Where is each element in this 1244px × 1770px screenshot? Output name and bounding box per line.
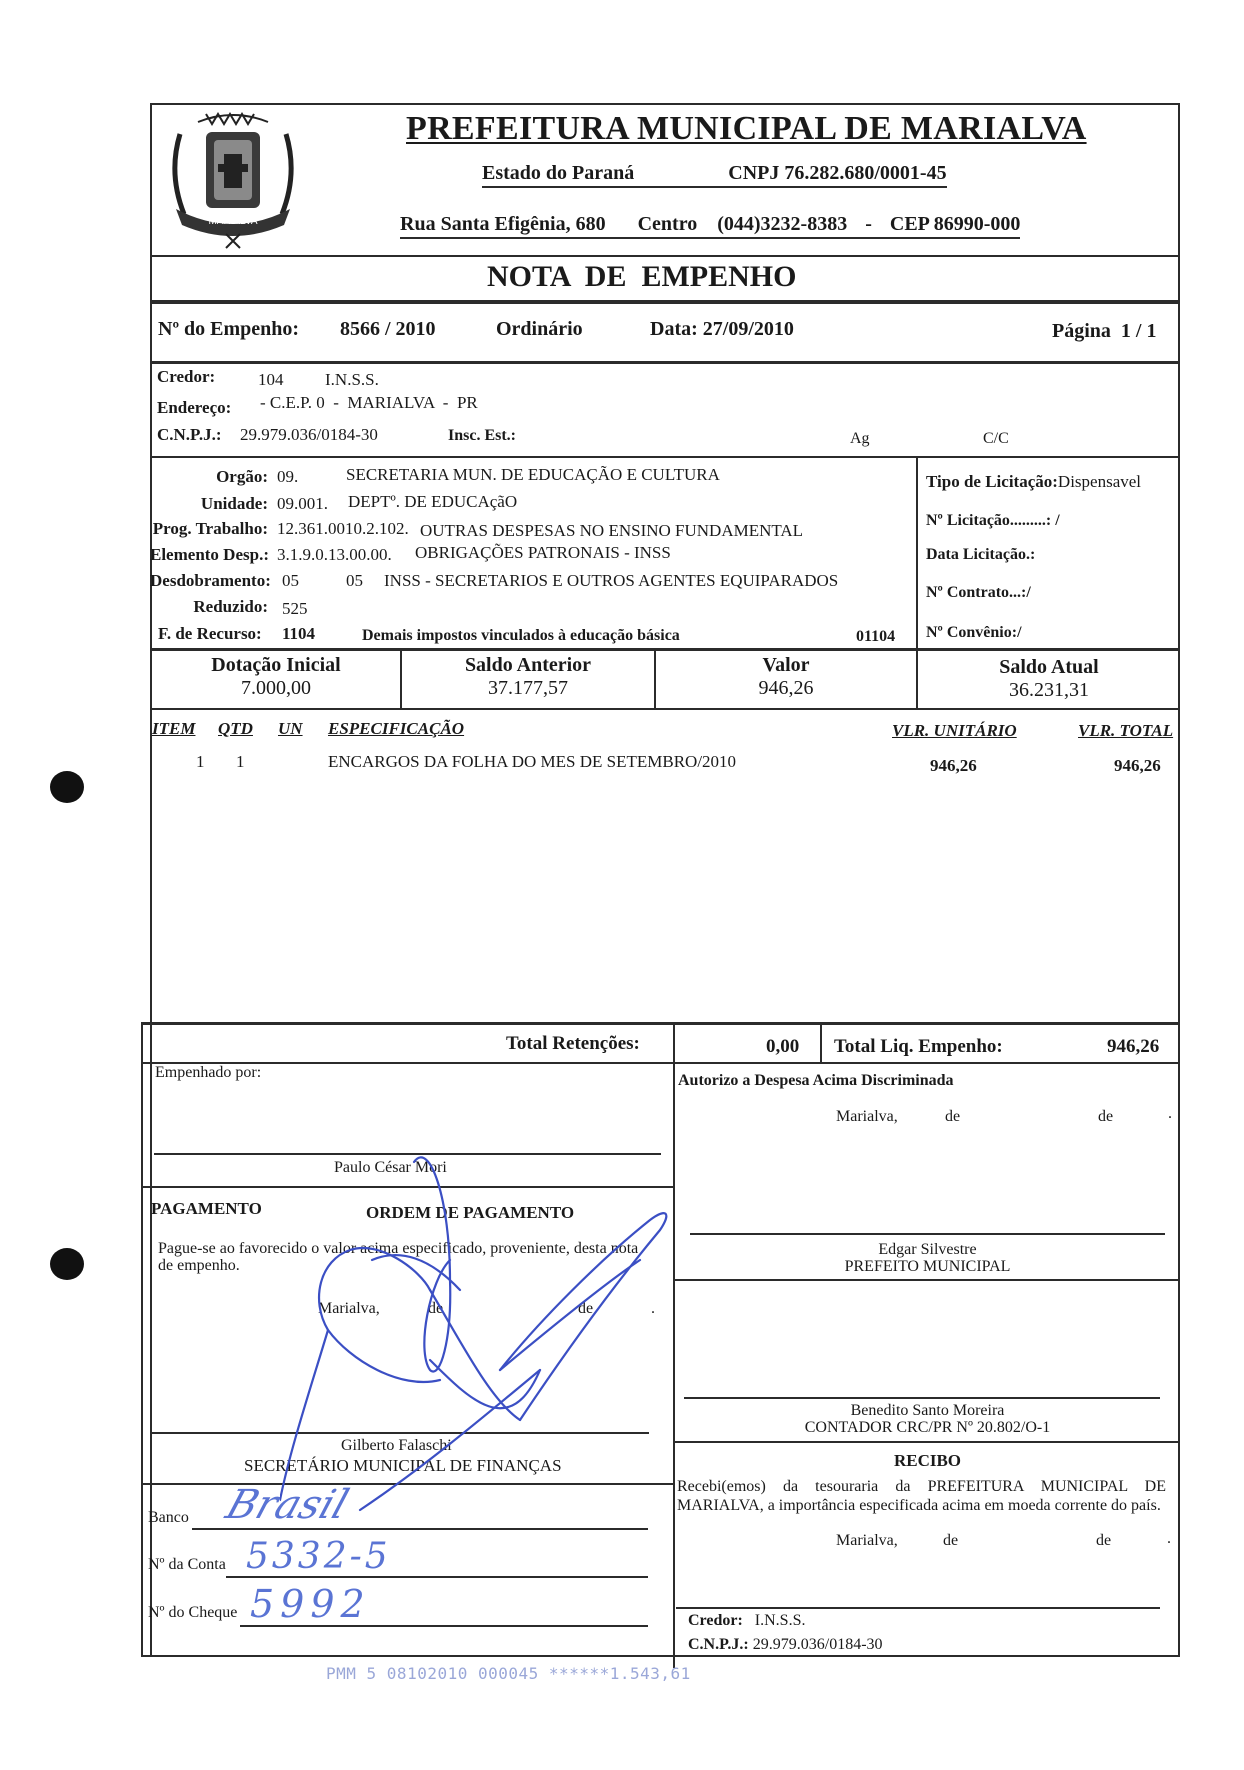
saldo-anterior-label: Saldo Anterior [402, 654, 654, 677]
divider [675, 1655, 1180, 1657]
recibo-de1: de [943, 1532, 958, 1550]
col-header-especificacao: ESPECIFICAÇÃO [328, 719, 464, 739]
conta-label: Nº da Conta [148, 1556, 226, 1574]
punch-hole-top [50, 771, 84, 803]
reduzido-value: 525 [282, 599, 308, 619]
divider [143, 1186, 674, 1188]
prog-trabalho-label: Prog. Trabalho: [150, 519, 268, 539]
autorizacao-de1: de [945, 1108, 960, 1126]
signature-line [684, 1397, 1160, 1399]
divider [150, 648, 1180, 651]
municipality-title: PREFEITURA MUNICIPAL DE MARIALVA [406, 110, 1087, 148]
divider [143, 1022, 1180, 1025]
contrato-number: Nº Contrato...:/ [926, 584, 1031, 602]
saldo-atual-label: Saldo Atual [918, 656, 1180, 679]
elemento-label: Elemento Desp.: [150, 545, 268, 565]
saldo-anterior: Saldo Anterior 37.177,57 [402, 654, 654, 700]
divider [150, 361, 1180, 364]
recibo-credor-label: Credor: [688, 1612, 743, 1629]
cell-qtd: 1 [236, 752, 245, 772]
divider [150, 300, 1180, 304]
cell-especificacao: ENCARGOS DA FOLHA DO MES DE SETEMBRO/201… [328, 752, 736, 772]
autorizacao-period: . [1168, 1105, 1172, 1123]
divider [150, 708, 1180, 710]
orgao-code: 09. [277, 467, 298, 487]
cnpj-value: 29.979.036/0184-30 [240, 425, 378, 445]
empenhado-signer: Paulo César Mori [334, 1159, 447, 1177]
pagamento-label: PAGAMENTO [151, 1199, 262, 1219]
unidade-code: 09.001. [277, 494, 328, 514]
recibo-text: Recebi(emos) da tesouraria da PREFEITURA… [677, 1477, 1166, 1515]
endereco-label: Endereço: [157, 398, 231, 418]
cc-label: C/C [983, 430, 1009, 448]
recibo-credor: Credor: I.N.S.S. [688, 1612, 805, 1630]
pagamento-text: Pague-se ao favorecido o valor acima esp… [158, 1240, 648, 1274]
divider [150, 456, 1180, 458]
divider [673, 1024, 675, 1668]
prog-trabalho-code: 12.361.0010.2.102. [277, 519, 409, 539]
autorizacao-signature: Edgar Silvestre PREFEITO MUNICIPAL [675, 1241, 1180, 1275]
licitacao-numero: Nº Licitação.........: / [926, 512, 1060, 530]
cell-vlr-total: 946,26 [1114, 756, 1161, 776]
divider [141, 1022, 143, 1656]
banco-label: Banco [148, 1509, 189, 1527]
coat-of-arms-logo: MARIALVA [158, 104, 308, 254]
licitacao-tipo: Tipo de Licitação:Dispensavel [926, 472, 1141, 492]
col-header-vlr-unitario: VLR. UNITÁRIO [892, 721, 1017, 741]
recurso-desc: Demais impostos vinculados à educação bá… [362, 627, 680, 645]
elemento-code: 3.1.9.0.13.00.00. [277, 545, 392, 565]
elemento-desc: OBRIGAÇÕES PATRONAIS - INSS [415, 543, 671, 563]
divider [820, 1024, 822, 1064]
punch-hole-bottom [50, 1248, 84, 1280]
unidade-label: Unidade: [150, 494, 268, 514]
autorizacao-city: Marialva, [836, 1108, 898, 1126]
col-header-qtd: QTD [218, 719, 253, 739]
recibo-cnpj-value: 29.979.036/0184-30 [753, 1636, 883, 1653]
dotacao-inicial-value: 7.000,00 [152, 677, 400, 700]
insc-est-label: Insc. Est.: [448, 427, 516, 445]
date-value: 27/09/2010 [703, 318, 794, 340]
cnpj-label: C.N.P.J.: [157, 425, 222, 445]
dotacao-inicial: Dotação Inicial 7.000,00 [152, 654, 400, 700]
empenho-number: 8566 / 2010 [340, 318, 436, 341]
recurso-label: F. de Recurso: [158, 624, 262, 644]
date-label: Data: [650, 318, 698, 340]
document-title: NOTA DE EMPENHO [487, 260, 796, 294]
empenho-number-label: Nº do Empenho: [158, 318, 299, 341]
district: Centro [638, 213, 698, 235]
recibo-de2: de [1096, 1532, 1111, 1550]
contador-role: CONTADOR CRC/PR Nº 20.802/O-1 [675, 1419, 1180, 1436]
divider [675, 1441, 1180, 1443]
ordem-pagamento-title: ORDEM DE PAGAMENTO [366, 1203, 574, 1223]
pagamento-de2: de [578, 1300, 593, 1318]
desdobramento-b: 05 [346, 571, 363, 591]
street-address: Rua Santa Efigênia, 680 [400, 213, 606, 235]
total-liquido-value: 946,26 [1107, 1036, 1159, 1058]
pagamento-city: Marialva, [318, 1300, 380, 1318]
page-label: Página [1052, 320, 1111, 342]
col-header-item: ITEM [152, 719, 195, 739]
recibo-period: . [1167, 1530, 1171, 1548]
valor-label: Valor [656, 654, 916, 677]
empenho-type: Ordinário [496, 318, 583, 341]
total-retencoes-label: Total Retenções: [506, 1033, 640, 1055]
cep: CEP 86990-000 [890, 213, 1021, 235]
desdobramento-label: Desdobramento: [150, 571, 268, 591]
convenio-number: Nº Convênio:/ [926, 624, 1022, 642]
saldo-anterior-value: 37.177,57 [402, 677, 654, 700]
divider [675, 1279, 1180, 1281]
phone: (044)3232-8383 [717, 213, 847, 235]
saldo-atual-value: 36.231,31 [918, 679, 1180, 702]
contador-signer: Benedito Santo Moreira [675, 1402, 1180, 1419]
recibo-title: RECIBO [675, 1451, 1180, 1471]
empenhado-label: Empenhado por: [155, 1064, 261, 1082]
dotacao-inicial-label: Dotação Inicial [152, 654, 400, 677]
signature-line [690, 1233, 1165, 1235]
page-value: 1 / 1 [1121, 320, 1157, 342]
licitacao-tipo-label: Tipo de Licitação: [926, 472, 1058, 491]
licitacao-data: Data Licitação.: [926, 546, 1035, 564]
divider [916, 458, 918, 648]
cell-vlr-unitario: 946,26 [930, 756, 977, 776]
divider [143, 1062, 1180, 1064]
autorizacao-role: PREFEITO MUNICIPAL [675, 1258, 1180, 1275]
credor-label: Credor: [157, 367, 215, 387]
orgao-label: Orgão: [150, 467, 268, 487]
cheque-label: Nº do Cheque [148, 1604, 237, 1622]
conta-handwritten: 5332-5 [246, 1536, 391, 1577]
cell-item: 1 [196, 752, 205, 772]
autorizacao-signer: Edgar Silvestre [675, 1241, 1180, 1258]
svg-text:MARIALVA: MARIALVA [208, 216, 257, 227]
divider [143, 1483, 674, 1485]
divider [1178, 1441, 1180, 1657]
credor-code: 104 [258, 370, 284, 390]
divider [141, 1655, 675, 1657]
cheque-handwritten: 5992 [250, 1582, 371, 1626]
total-liquido-label: Total Liq. Empenho: [834, 1036, 1003, 1058]
recurso-code: 1104 [282, 624, 315, 644]
state-name: Estado do Paraná [482, 162, 634, 184]
endereco-value: - C.E.P. 0 - MARIALVA - PR [260, 393, 478, 413]
cnpj-municipality: CNPJ 76.282.680/0001-45 [728, 162, 946, 184]
separator: - [865, 213, 872, 235]
recurso-code2: 01104 [856, 628, 895, 646]
printed-stamp: PMM 5 08102010 000045 ******1.543,61 [326, 1664, 691, 1683]
recibo-cnpj-label: C.N.P.J.: [688, 1636, 749, 1653]
unidade-desc: DEPTº. DE EDUCAçãO [348, 492, 517, 512]
page-indicator: Página 1 / 1 [1052, 320, 1156, 343]
empenho-date: Data: 27/09/2010 [650, 318, 794, 341]
recibo-credor-value: I.N.S.S. [755, 1612, 806, 1629]
state-cnpj-line: Estado do ParanáCNPJ 76.282.680/0001-45 [482, 162, 947, 188]
desdobramento-desc: INSS - SECRETARIOS E OUTROS AGENTES EQUI… [384, 571, 838, 591]
total-retencoes-value: 0,00 [766, 1036, 799, 1058]
pagamento-signer: Gilberto Falaschi [341, 1437, 452, 1455]
reduzido-label: Reduzido: [150, 597, 268, 617]
signature-line [676, 1607, 1160, 1609]
pagamento-de1: de [428, 1300, 443, 1318]
divider [150, 255, 1180, 257]
col-header-un: UN [278, 719, 303, 739]
autorizacao-title: Autorizo a Despesa Acima Discriminada [678, 1072, 954, 1090]
pagamento-role: SECRETÁRIO MUNICIPAL DE FINANÇAS [244, 1456, 562, 1476]
valor: Valor 946,26 [656, 654, 916, 700]
pagamento-period: . [651, 1300, 655, 1318]
contador-signature: Benedito Santo Moreira CONTADOR CRC/PR N… [675, 1402, 1180, 1436]
prog-trabalho-desc: OUTRAS DESPESAS NO ENSINO FUNDAMENTAL [420, 521, 803, 541]
autorizacao-de2: de [1098, 1108, 1113, 1126]
signature-line [151, 1432, 649, 1434]
ag-label: Ag [850, 430, 870, 448]
licitacao-tipo-value: Dispensavel [1058, 472, 1141, 491]
recibo-city: Marialva, [836, 1532, 898, 1550]
address-line: Rua Santa Efigênia, 680 Centro (044)3232… [400, 213, 1020, 239]
desdobramento-a: 05 [282, 571, 299, 591]
col-header-vlr-total: VLR. TOTAL [1078, 721, 1173, 741]
orgao-desc: SECRETARIA MUN. DE EDUCAÇÃO E CULTURA [346, 465, 720, 485]
banco-handwritten: Brasil [221, 1482, 354, 1528]
banco-field-line [192, 1528, 648, 1530]
recibo-cnpj: C.N.P.J.: 29.979.036/0184-30 [688, 1636, 883, 1654]
signature-line [154, 1153, 661, 1155]
valor-value: 946,26 [656, 677, 916, 700]
saldo-atual: Saldo Atual 36.231,31 [918, 656, 1180, 702]
credor-name: I.N.S.S. [325, 370, 379, 390]
